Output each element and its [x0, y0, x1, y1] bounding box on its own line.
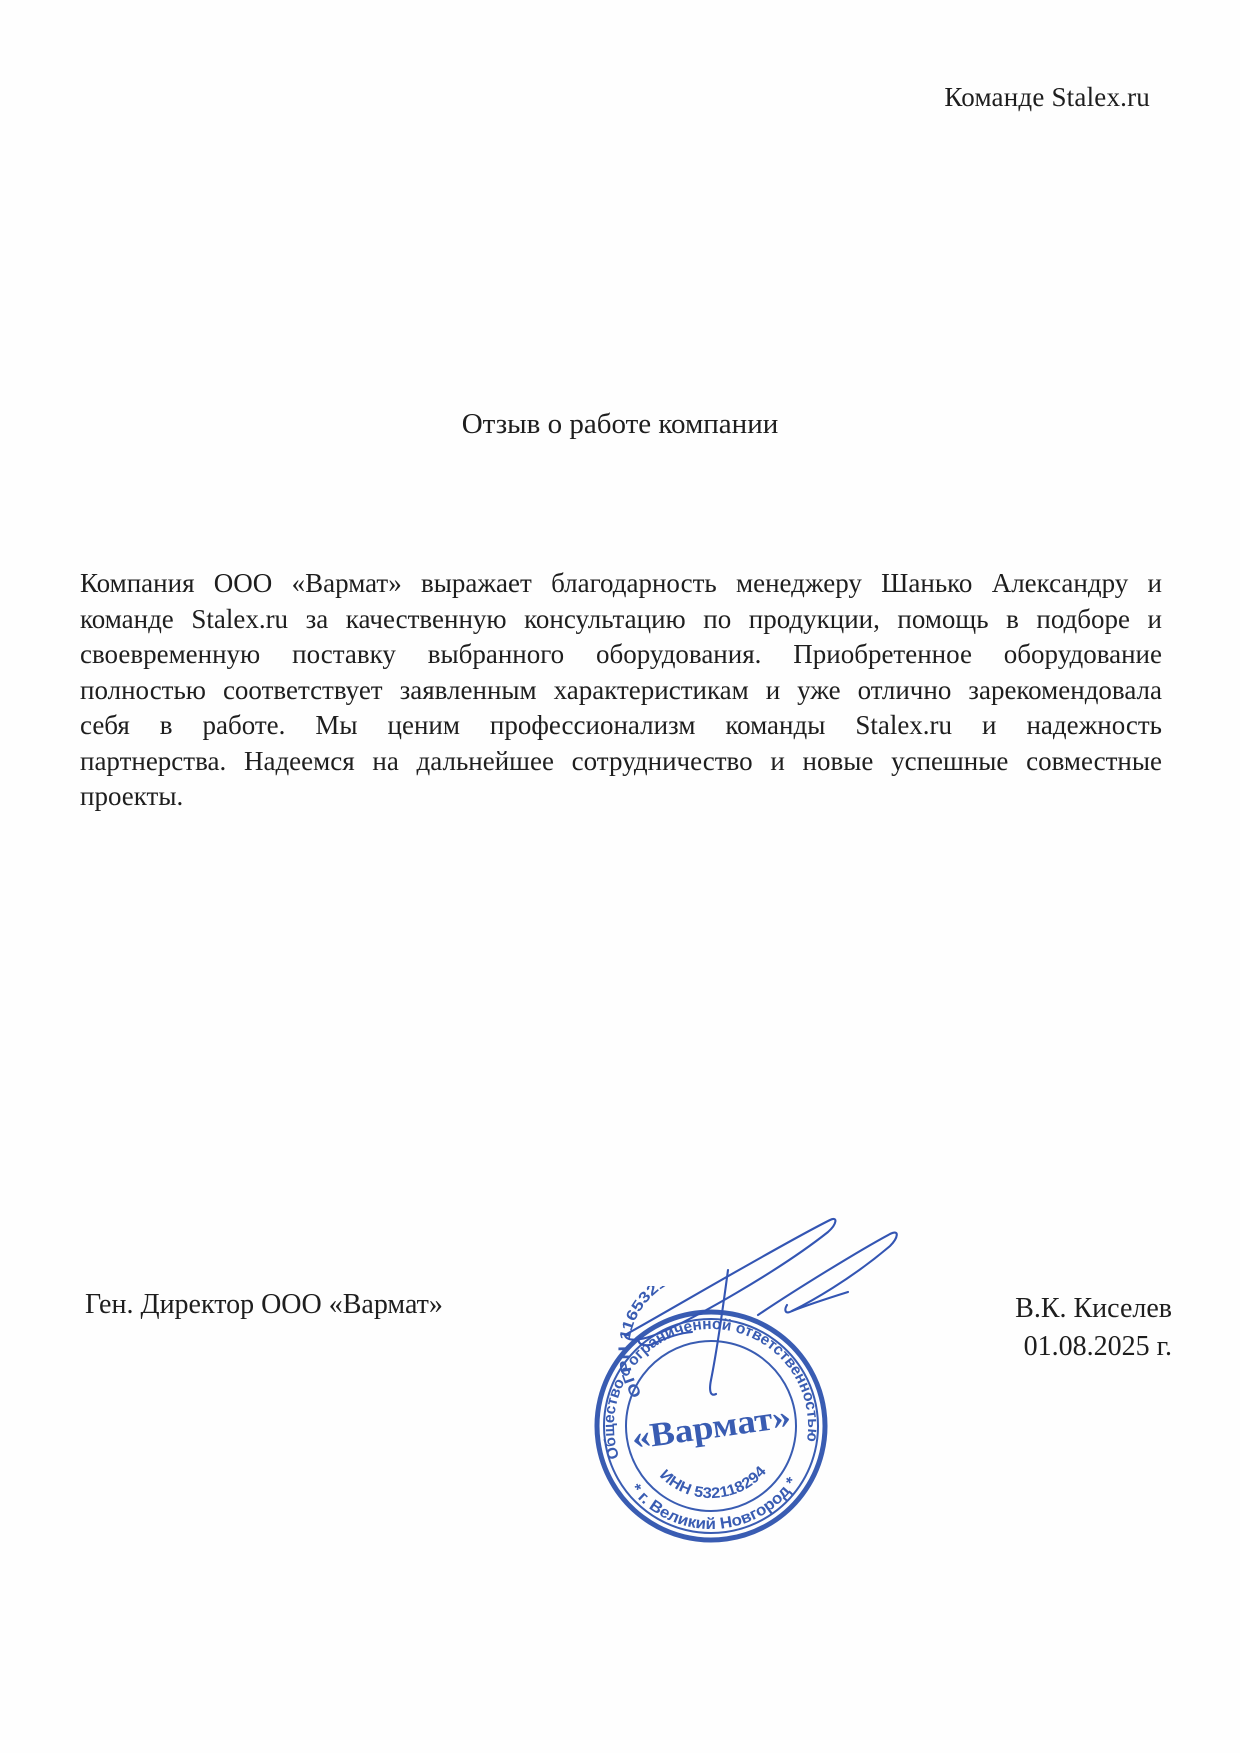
letter-page: Команде Stalex.ru Отзыв о работе компани… — [0, 0, 1240, 1753]
body-line: своевременную поставку выбранного оборуд… — [80, 637, 1162, 673]
letter-body: Компания ООО «Вармат» выражает благодарн… — [80, 566, 1162, 815]
body-line: команде Stalex.ru за качественную консул… — [80, 602, 1162, 638]
signature-stroke — [625, 1219, 835, 1340]
signatory-block: В.К. Киселев 01.08.2025 г. — [1015, 1291, 1172, 1365]
signatory-name: В.К. Киселев — [1015, 1291, 1172, 1327]
signature-date: 01.08.2025 г. — [1015, 1329, 1172, 1365]
body-line: полностью соответствует заявленным харак… — [80, 673, 1162, 709]
body-line: партнерства. Надеемся на дальнейшее сотр… — [80, 744, 1162, 780]
handwritten-signature — [540, 1150, 960, 1570]
signature-stroke — [758, 1233, 897, 1315]
recipient-line: Команде Stalex.ru — [944, 82, 1150, 113]
body-line: себя в работе. Мы ценим профессионализм … — [80, 708, 1162, 744]
body-line: Компания ООО «Вармат» выражает благодарн… — [80, 566, 1162, 602]
signature-stroke — [710, 1270, 728, 1395]
letter-title: Отзыв о работе компании — [0, 408, 1240, 441]
signatory-position: Ген. Директор ООО «Вармат» — [85, 1289, 443, 1321]
body-line: проекты. — [80, 779, 1162, 815]
